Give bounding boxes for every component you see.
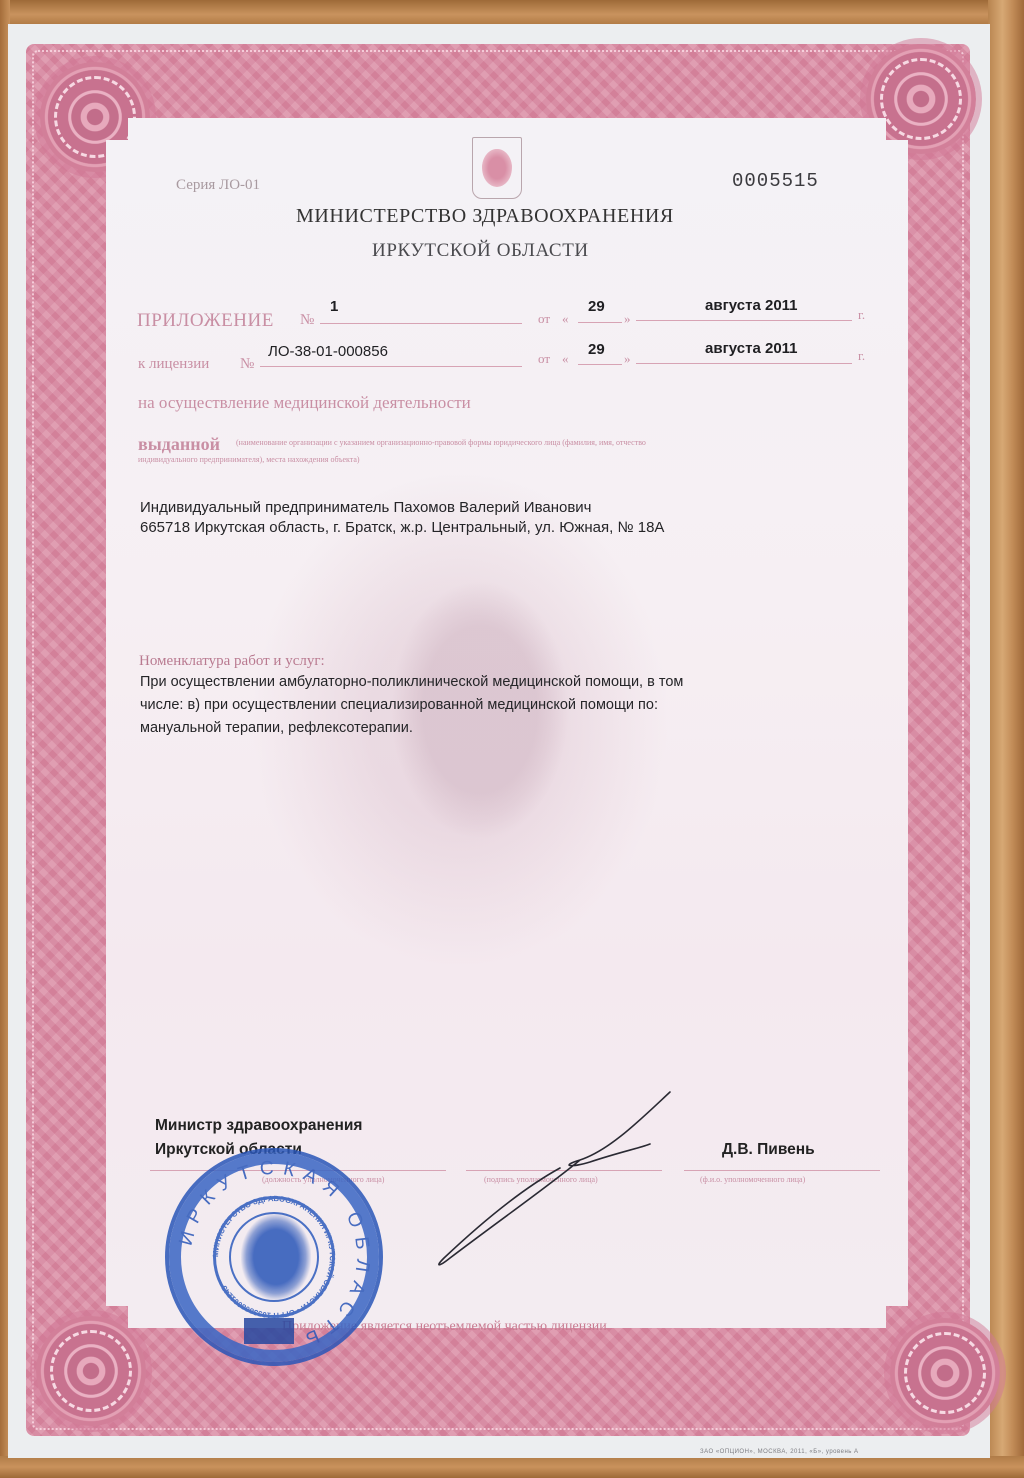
signatory-name: Д.В. Пивень — [722, 1141, 815, 1159]
holder-name: Индивидуальный предприниматель Пахомов В… — [140, 499, 592, 516]
picture-frame-bottom — [0, 1456, 1024, 1478]
year-suffix: г. — [858, 348, 865, 364]
quote-close: » — [624, 351, 631, 367]
services-line: числе: в) при осуществлении специализиро… — [140, 697, 658, 713]
handwritten-signature-icon — [420, 1090, 680, 1270]
quote-open: « — [562, 311, 569, 327]
picture-frame-right — [988, 0, 1024, 1478]
underline — [578, 322, 622, 323]
appendix-from-label: от — [538, 311, 550, 327]
appendix-day: 29 — [588, 298, 605, 315]
issued-hint-line1: (наименование организации с указанием ор… — [236, 438, 646, 447]
services-line: При осуществлении амбулаторно-поликлинич… — [140, 674, 683, 690]
coat-of-arms-icon — [472, 137, 522, 199]
license-number: ЛО-38-01-000856 — [268, 343, 388, 360]
activity-text: на осуществление медицинской деятельност… — [138, 393, 471, 413]
rosette-ornament-icon — [36, 1316, 146, 1426]
picture-frame-top — [0, 0, 1024, 24]
signatory-position-line1: Министр здравоохранения — [155, 1117, 362, 1135]
license-number-sign: № — [240, 356, 254, 373]
hint-name: (ф.и.о. уполномоченного лица) — [700, 1175, 805, 1184]
quote-open: « — [562, 351, 569, 367]
underline — [636, 320, 852, 321]
license-month-year: августа 2011 — [705, 340, 798, 357]
appendix-label: ПРИЛОЖЕНИЕ — [137, 310, 274, 332]
underline — [578, 364, 622, 365]
appendix-month-year: августа 2011 — [705, 297, 798, 314]
underline — [320, 323, 522, 324]
underline — [260, 366, 522, 367]
license-from-label: от — [538, 351, 550, 367]
year-suffix: г. — [858, 307, 865, 323]
license-day: 29 — [588, 341, 605, 358]
serial-number: 0005515 — [732, 170, 819, 192]
appendix-number-sign: № — [300, 312, 314, 329]
series-label: Серия ЛО-01 — [176, 177, 260, 194]
quote-close: » — [624, 311, 631, 327]
holder-address: 665718 Иркутская область, г. Братск, ж.р… — [140, 519, 664, 536]
services-line: мануальной терапии, рефлексотерапии. — [140, 720, 413, 736]
issued-label: выданной — [138, 434, 220, 455]
underline — [636, 363, 852, 364]
license-label: к лицензии — [138, 356, 209, 373]
services-label: Номенклатура работ и услуг: — [139, 653, 325, 670]
rosette-ornament-icon — [890, 1318, 1000, 1428]
stamp-eagle-icon — [241, 1214, 311, 1300]
underline — [684, 1170, 880, 1171]
authority-line2: ИРКУТСКОЙ ОБЛАСТИ — [372, 240, 589, 262]
printer-info: ЗАО «ОПЦИОН», МОСКВА, 2011, «Б», уровень… — [700, 1449, 859, 1455]
authority-line1: МИНИСТЕРСТВО ЗДРАВООХРАНЕНИЯ — [296, 205, 674, 228]
stamp-mark — [244, 1318, 294, 1344]
issued-hint-line2: индивидуального предпринимателя), места … — [138, 455, 360, 464]
appendix-number: 1 — [330, 298, 338, 315]
